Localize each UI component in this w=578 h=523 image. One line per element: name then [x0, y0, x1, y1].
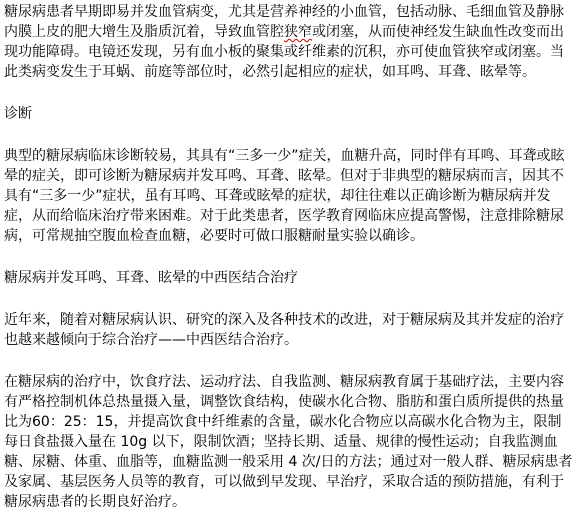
paragraph-intro: 糖尿病患者早期即易并发血管病变，尤其是营养神经的小血管，包括动脉、毛细血管及静脉… [4, 2, 574, 82]
paragraph-diagnosis: 典型的糖尿病临床诊断较易，其具有“三多一少”症关，血糖升高，同时伴有耳鸣、耳聋或… [4, 146, 574, 246]
document-page: 糖尿病患者早期即易并发血管病变，尤其是营养神经的小血管，包括动脉、毛细血管及静脉… [0, 0, 578, 523]
paragraph-treatment-detail: 在糖尿病的治疗中，饮食疗法、运动疗法、自我监测、糖尿病教育属于基础疗法，主要内容… [4, 372, 574, 512]
heading-treatment: 糖尿病并发耳鸣、耳聋、眩晕的中西医结合治疗 [4, 268, 574, 288]
paragraph-treatment-intro: 近年来，随着对糖尿病认识、研究的深入及各种技术的改进，对于糖尿病及其并发症的治疗… [4, 310, 574, 350]
heading-diagnosis: 诊断 [4, 104, 574, 124]
spellcheck-flagged-word: 狭窄 [284, 24, 312, 40]
